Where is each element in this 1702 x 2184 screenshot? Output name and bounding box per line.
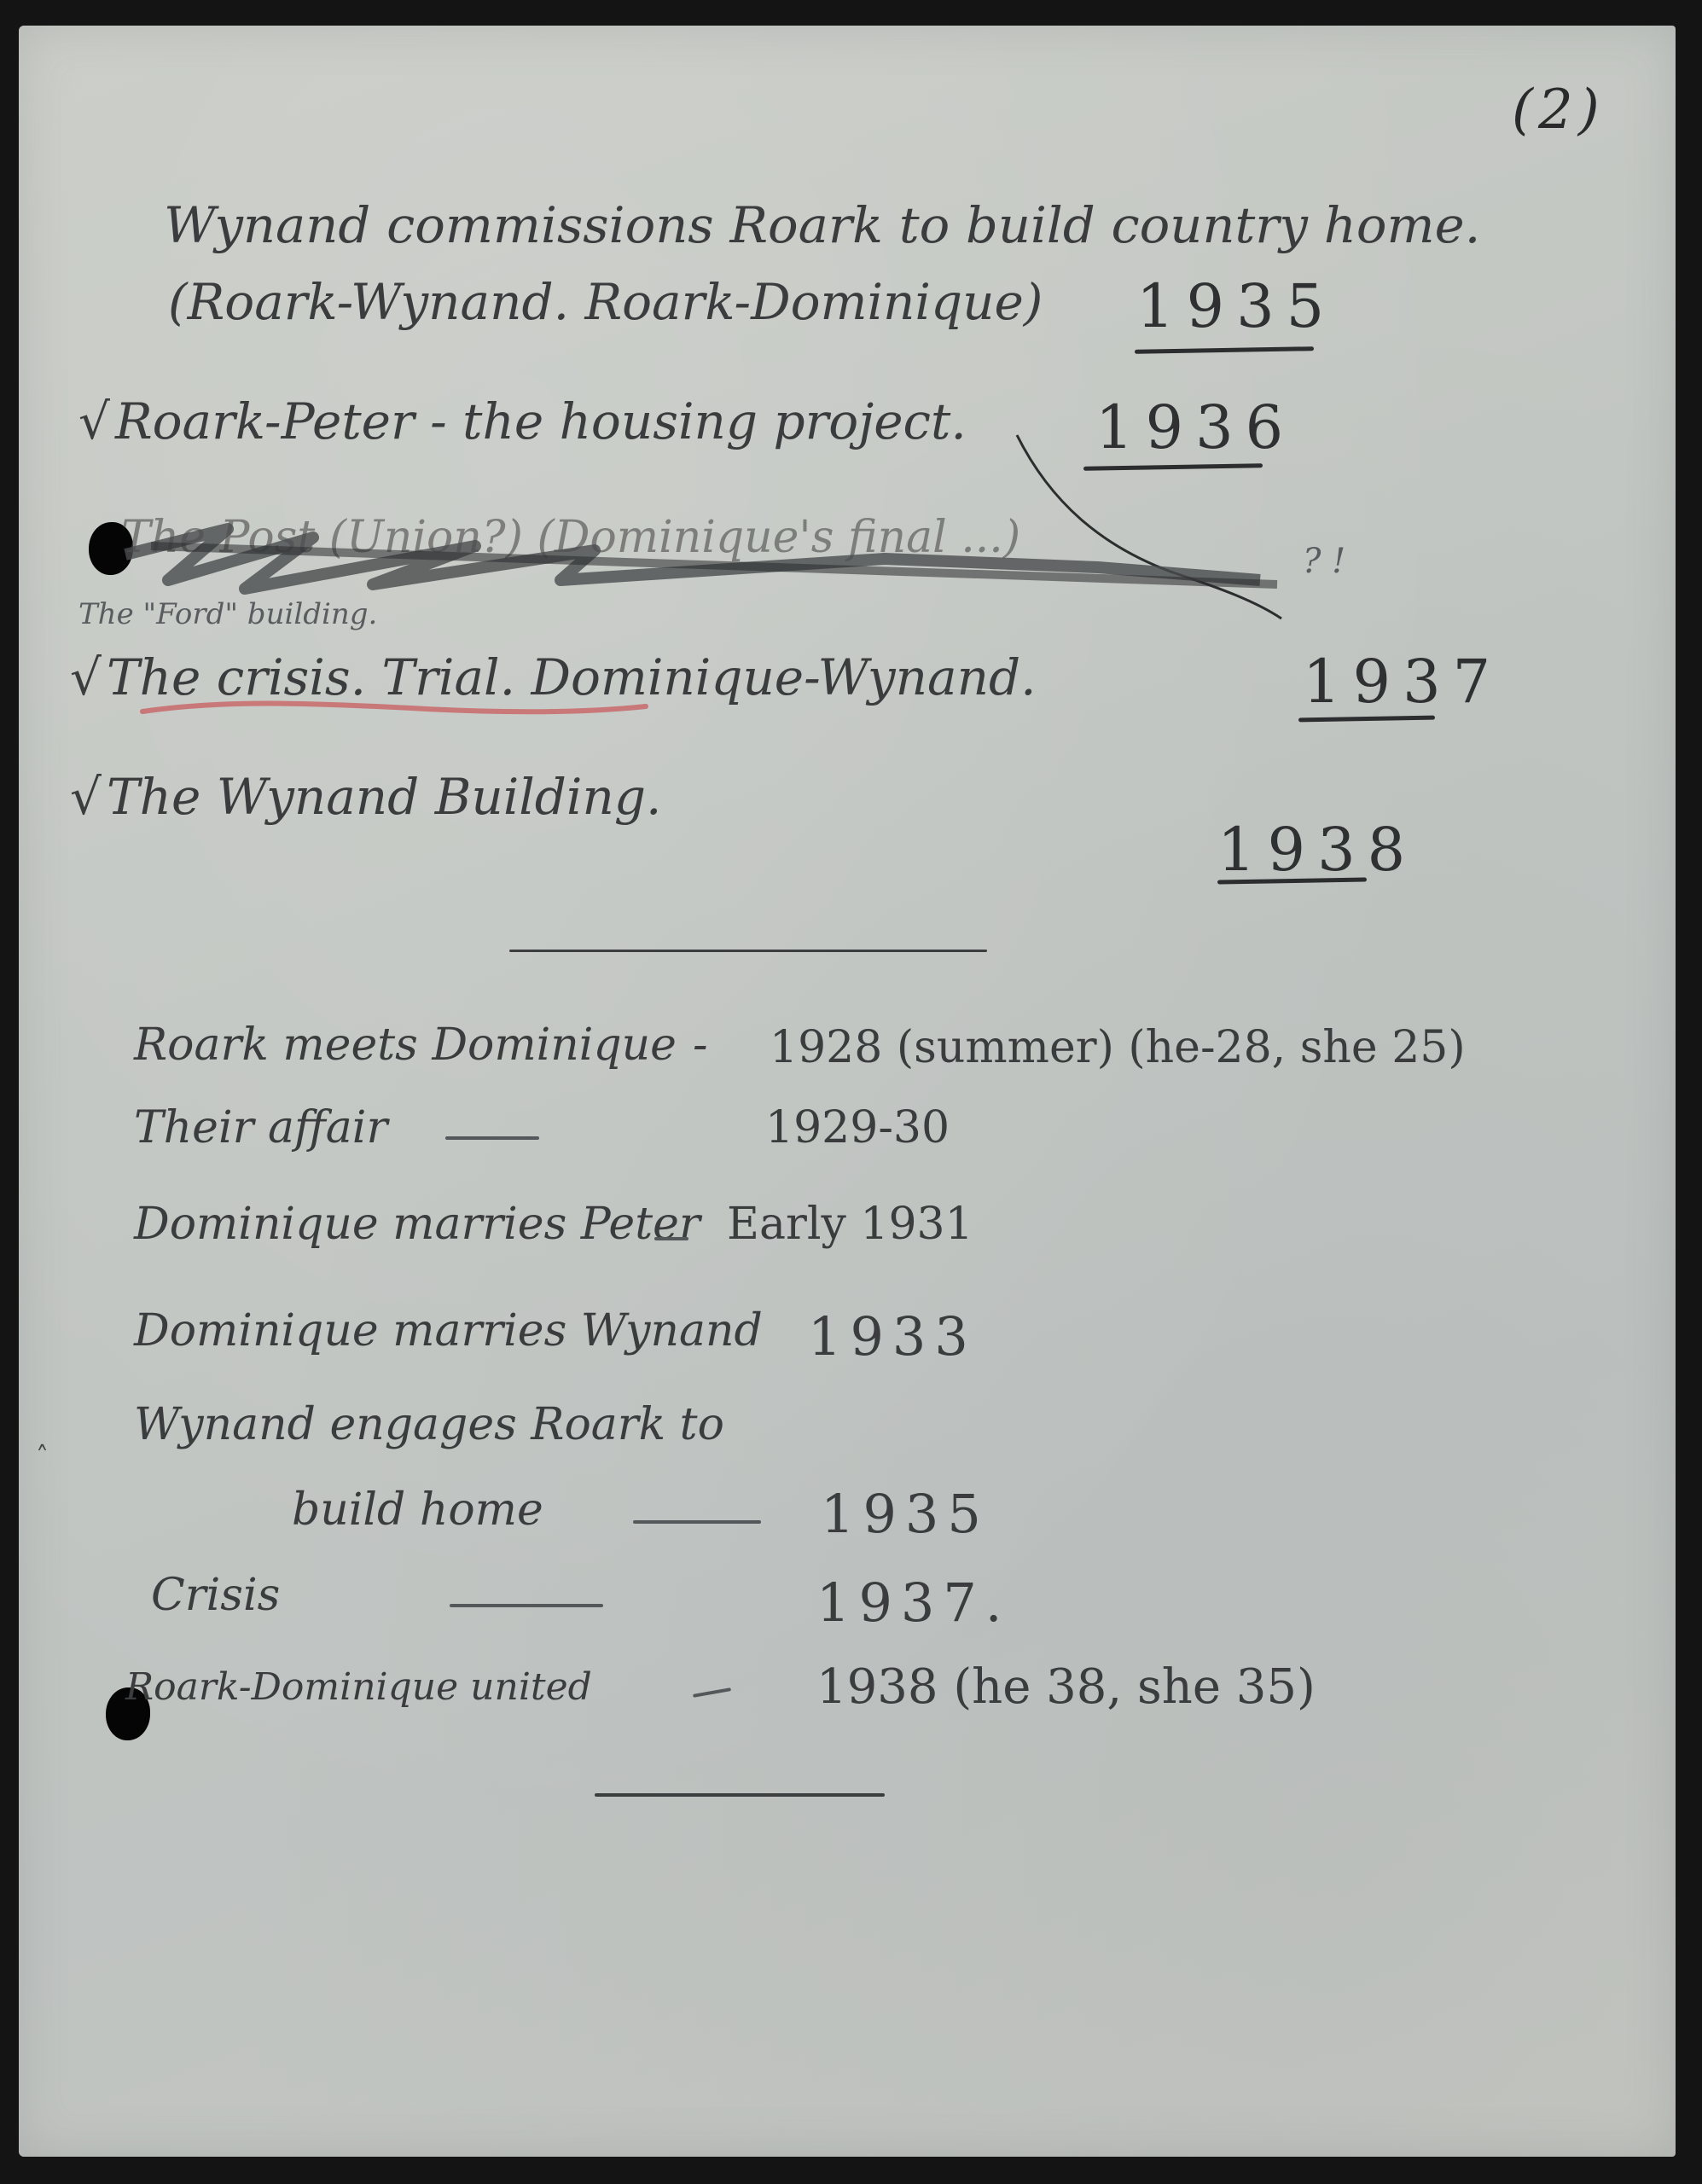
strikethrough-scribble <box>117 520 1286 597</box>
timeline-row-1-event: Roark meets Dominique <box>134 1019 677 1071</box>
checkmark-icon: √ <box>70 768 102 826</box>
timeline-row-3-dash <box>654 1237 688 1240</box>
red-pencil-underline <box>138 700 650 717</box>
timeline-row-5-dash <box>633 1520 761 1524</box>
timeline-row-1-sep: - <box>693 1019 708 1071</box>
outline-entry-1-subtext: (Roark-Wynand. Roark-Dominique) <box>168 273 1043 331</box>
timeline-row-4-date: 1933 <box>808 1305 977 1368</box>
timeline-row-3-event: Dominique marries Peter <box>134 1199 700 1250</box>
checkmark-icon: √ <box>70 648 102 706</box>
entry-1-year-underline <box>1135 346 1314 354</box>
manuscript-page: (2) ˄ Wynand commissions Roark to build … <box>19 26 1676 2157</box>
margin-tick: ˄ <box>36 1442 49 1472</box>
entry-text: The crisis. Trial. Dominique-Wynand. <box>107 648 1037 706</box>
timeline-row-6-dash <box>450 1604 603 1607</box>
entry-text: The Wynand Building. <box>107 768 661 826</box>
timeline-row-7-date: 1938 (he 38, she 35) <box>816 1659 1316 1715</box>
entry-text: Wynand commissions Roark to build countr… <box>164 196 1480 254</box>
timeline-row-6-event: Crisis <box>151 1570 280 1621</box>
outline-entry-wynand-building: √The Wynand Building. <box>70 768 661 826</box>
outline-entry-2: √Roark-Peter - the housing project. <box>78 392 967 450</box>
timeline-row-3-date: Early 1931 <box>727 1199 973 1250</box>
entry-text: Roark-Peter - the housing project. <box>115 392 967 450</box>
timeline-row-2-dash <box>445 1136 539 1140</box>
section-divider <box>509 950 987 952</box>
timeline-row-5-event-cont: build home <box>292 1484 543 1536</box>
outline-entry-crisis: √The crisis. Trial. Dominique-Wynand. <box>70 648 1037 706</box>
entry-crisis-year: 1937 <box>1303 647 1502 717</box>
timeline-row-2-date: 1929-30 <box>765 1102 950 1153</box>
timeline-row-1-date: 1928 (summer) (he-28, she 25) <box>770 1022 1466 1073</box>
timeline-row-7-event: Roark-Dominique united <box>125 1665 592 1709</box>
entry-1-year: 1935 <box>1136 271 1336 341</box>
timeline-row-4-event: Dominique marries Wynand <box>134 1305 763 1356</box>
timeline-row-5-event: Wynand engages Roark to <box>134 1399 724 1450</box>
closing-divider <box>595 1793 885 1797</box>
timeline-row-5-date: 1935 <box>821 1483 990 1545</box>
insertion-note: The "Ford" building. <box>78 597 377 631</box>
entry-wynand-building-year: 1938 <box>1217 815 1417 885</box>
outline-entry-1: Wynand commissions Roark to build countr… <box>164 196 1480 254</box>
margin-note: ? ! <box>1303 542 1345 581</box>
timeline-row-2-event: Their affair <box>134 1102 387 1153</box>
checkmark-icon: √ <box>78 392 110 450</box>
timeline-row-6-date: 1937. <box>816 1571 1011 1634</box>
timeline-row-7-dash <box>693 1687 731 1698</box>
page-number: (2) <box>1512 78 1605 142</box>
